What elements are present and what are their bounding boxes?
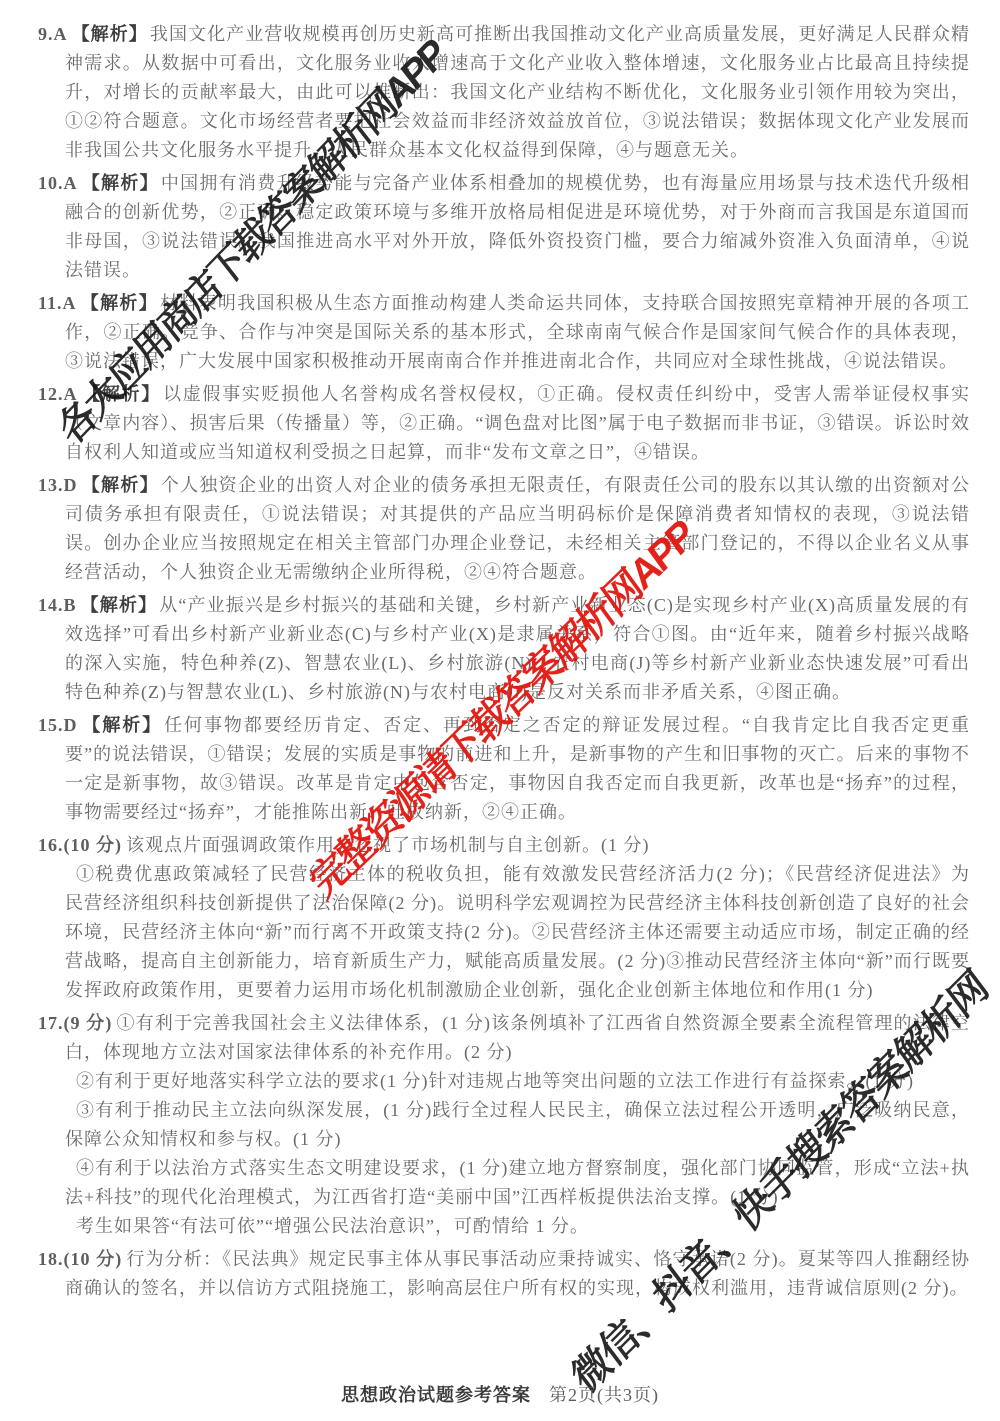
page-footer: 思想政治试题参考答案第2页(共3页) xyxy=(0,1381,1000,1407)
item-text: 该观点片面强调政策作用，忽视了市场机制与自主创新。(1 分) xyxy=(126,835,650,855)
item-text: 个人独资企业的出资人对企业的债务承担无限责任，有限责任公司的股东以其认缴的出资额… xyxy=(65,475,970,582)
answer-item-9: 9.A【解析】我国文化产业营收规模再创历史新高可推断出我国推动文化产业高质量发展… xyxy=(38,20,970,165)
item-text: 行为分析：《民法典》规定民事主体从事民事活动应秉持诚实、恪守承诺(2 分)。夏某… xyxy=(65,1249,970,1298)
answer-subparagraph: ②有利于更好地落实科学立法的要求(1 分)针对违规占地等突出问题的立法工作进行有… xyxy=(65,1067,970,1096)
item-number: 18.(10 分) xyxy=(38,1249,126,1269)
answer-item-10: 10.A【解析】中国拥有消费升级势能与完备产业体系相叠加的规模优势，也有海量应用… xyxy=(38,169,970,285)
scanned-answer-sheet: 9.A【解析】我国文化产业营收规模再创历史新高可推断出我国推动文化产业高质量发展… xyxy=(0,0,1000,1421)
analysis-label: 【解析】 xyxy=(82,475,161,495)
answer-item-17: 17.(9 分)①有利于完善我国社会主义法律体系，(1 分)该条例填补了江西省自… xyxy=(38,1009,970,1241)
item-number: 17.(9 分) xyxy=(38,1013,116,1033)
answer-item-lead: 10.A【解析】中国拥有消费升级势能与完备产业体系相叠加的规模优势，也有海量应用… xyxy=(65,169,970,285)
answer-subparagraph: ③有利于推动民主立法向纵深发展，(1 分)践行全过程人民民主，确保立法过程公开透… xyxy=(65,1096,970,1154)
item-number: 15.D xyxy=(38,715,82,735)
item-text: 我国文化产业营收规模再创历史新高可推断出我国推动文化产业高质量发展，更好满足人民… xyxy=(65,24,970,160)
analysis-label: 【解析】 xyxy=(81,595,160,615)
answer-item-12: 12.A【解析】以虚假事实贬损他人名誉构成名誉权侵权，①正确。侵权责任纠纷中，受… xyxy=(38,380,970,467)
item-text: 以虚假事实贬损他人名誉构成名誉权侵权，①正确。侵权责任纠纷中，受害人需举证侵权事… xyxy=(65,384,970,462)
analysis-label: 【解析】 xyxy=(72,24,150,44)
footer-title: 思想政治试题参考答案 xyxy=(341,1385,531,1405)
item-text: 任何事物都要经历肯定、否定、再到否定之否定的辩证发展过程。“自我肯定比自我否定更… xyxy=(65,715,970,822)
answer-item-lead: 17.(9 分)①有利于完善我国社会主义法律体系，(1 分)该条例填补了江西省自… xyxy=(65,1009,970,1067)
footer-page-number: 第2页(共3页) xyxy=(549,1385,659,1405)
item-text: 材料表明我国积极从生态方面推动构建人类命运共同体，支持联合国按照宪章精神开展的各… xyxy=(65,293,970,371)
item-number: 11.A xyxy=(38,293,81,313)
item-text: 中国拥有消费升级势能与完备产业体系相叠加的规模优势，也有海量应用场景与技术迭代升… xyxy=(65,173,970,280)
answer-subparagraph: ④有利于以法治方式落实生态文明建设要求，(1 分)建立地方督察制度，强化部门协同… xyxy=(65,1154,970,1212)
answer-item-11: 11.A【解析】材料表明我国积极从生态方面推动构建人类命运共同体，支持联合国按照… xyxy=(38,289,970,376)
answer-list: 9.A【解析】我国文化产业营收规模再创历史新高可推断出我国推动文化产业高质量发展… xyxy=(38,20,970,1307)
item-number: 12.A xyxy=(38,384,82,404)
answer-item-lead: 9.A【解析】我国文化产业营收规模再创历史新高可推断出我国推动文化产业高质量发展… xyxy=(65,20,970,165)
answer-subparagraph: ①税费优惠政策减轻了民营经济主体的税收负担，能有效激发民营经济活力(2 分)；《… xyxy=(65,860,970,1005)
answer-item-15: 15.D【解析】任何事物都要经历肯定、否定、再到否定之否定的辩证发展过程。“自我… xyxy=(38,711,970,827)
analysis-label: 【解析】 xyxy=(81,293,160,313)
item-number: 9.A xyxy=(38,24,72,44)
item-text: 从“产业振兴是乡村振兴的基础和关键，乡村新产业新业态(C)是实现乡村产业(X)高… xyxy=(65,595,970,702)
item-number: 13.D xyxy=(38,475,82,495)
answer-item-lead: 14.B【解析】从“产业振兴是乡村振兴的基础和关键，乡村新产业新业态(C)是实现… xyxy=(65,591,970,707)
answer-item-lead: 18.(10 分)行为分析：《民法典》规定民事主体从事民事活动应秉持诚实、恪守承… xyxy=(65,1245,970,1303)
item-number: 14.B xyxy=(38,595,81,615)
analysis-label: 【解析】 xyxy=(82,384,164,404)
answer-item-16: 16.(10 分)该观点片面强调政策作用，忽视了市场机制与自主创新。(1 分)①… xyxy=(38,831,970,1005)
answer-item-13: 13.D【解析】个人独资企业的出资人对企业的债务承担无限责任，有限责任公司的股东… xyxy=(38,471,970,587)
answer-subparagraph: 考生如果答“有法可依”“增强公民法治意识”，可酌情给 1 分。 xyxy=(65,1212,970,1241)
answer-item-lead: 15.D【解析】任何事物都要经历肯定、否定、再到否定之否定的辩证发展过程。“自我… xyxy=(65,711,970,827)
analysis-label: 【解析】 xyxy=(82,715,165,735)
answer-item-lead: 12.A【解析】以虚假事实贬损他人名誉构成名誉权侵权，①正确。侵权责任纠纷中，受… xyxy=(65,380,970,467)
item-number: 10.A xyxy=(38,173,82,193)
answer-item-lead: 16.(10 分)该观点片面强调政策作用，忽视了市场机制与自主创新。(1 分) xyxy=(65,831,970,860)
answer-item-lead: 11.A【解析】材料表明我国积极从生态方面推动构建人类命运共同体，支持联合国按照… xyxy=(65,289,970,376)
answer-item-14: 14.B【解析】从“产业振兴是乡村振兴的基础和关键，乡村新产业新业态(C)是实现… xyxy=(38,591,970,707)
analysis-label: 【解析】 xyxy=(82,173,161,193)
item-text: ①有利于完善我国社会主义法律体系，(1 分)该条例填补了江西省自然资源全要素全流… xyxy=(65,1013,970,1062)
answer-item-lead: 13.D【解析】个人独资企业的出资人对企业的债务承担无限责任，有限责任公司的股东… xyxy=(65,471,970,587)
answer-item-18: 18.(10 分)行为分析：《民法典》规定民事主体从事民事活动应秉持诚实、恪守承… xyxy=(38,1245,970,1303)
item-number: 16.(10 分) xyxy=(38,835,126,855)
